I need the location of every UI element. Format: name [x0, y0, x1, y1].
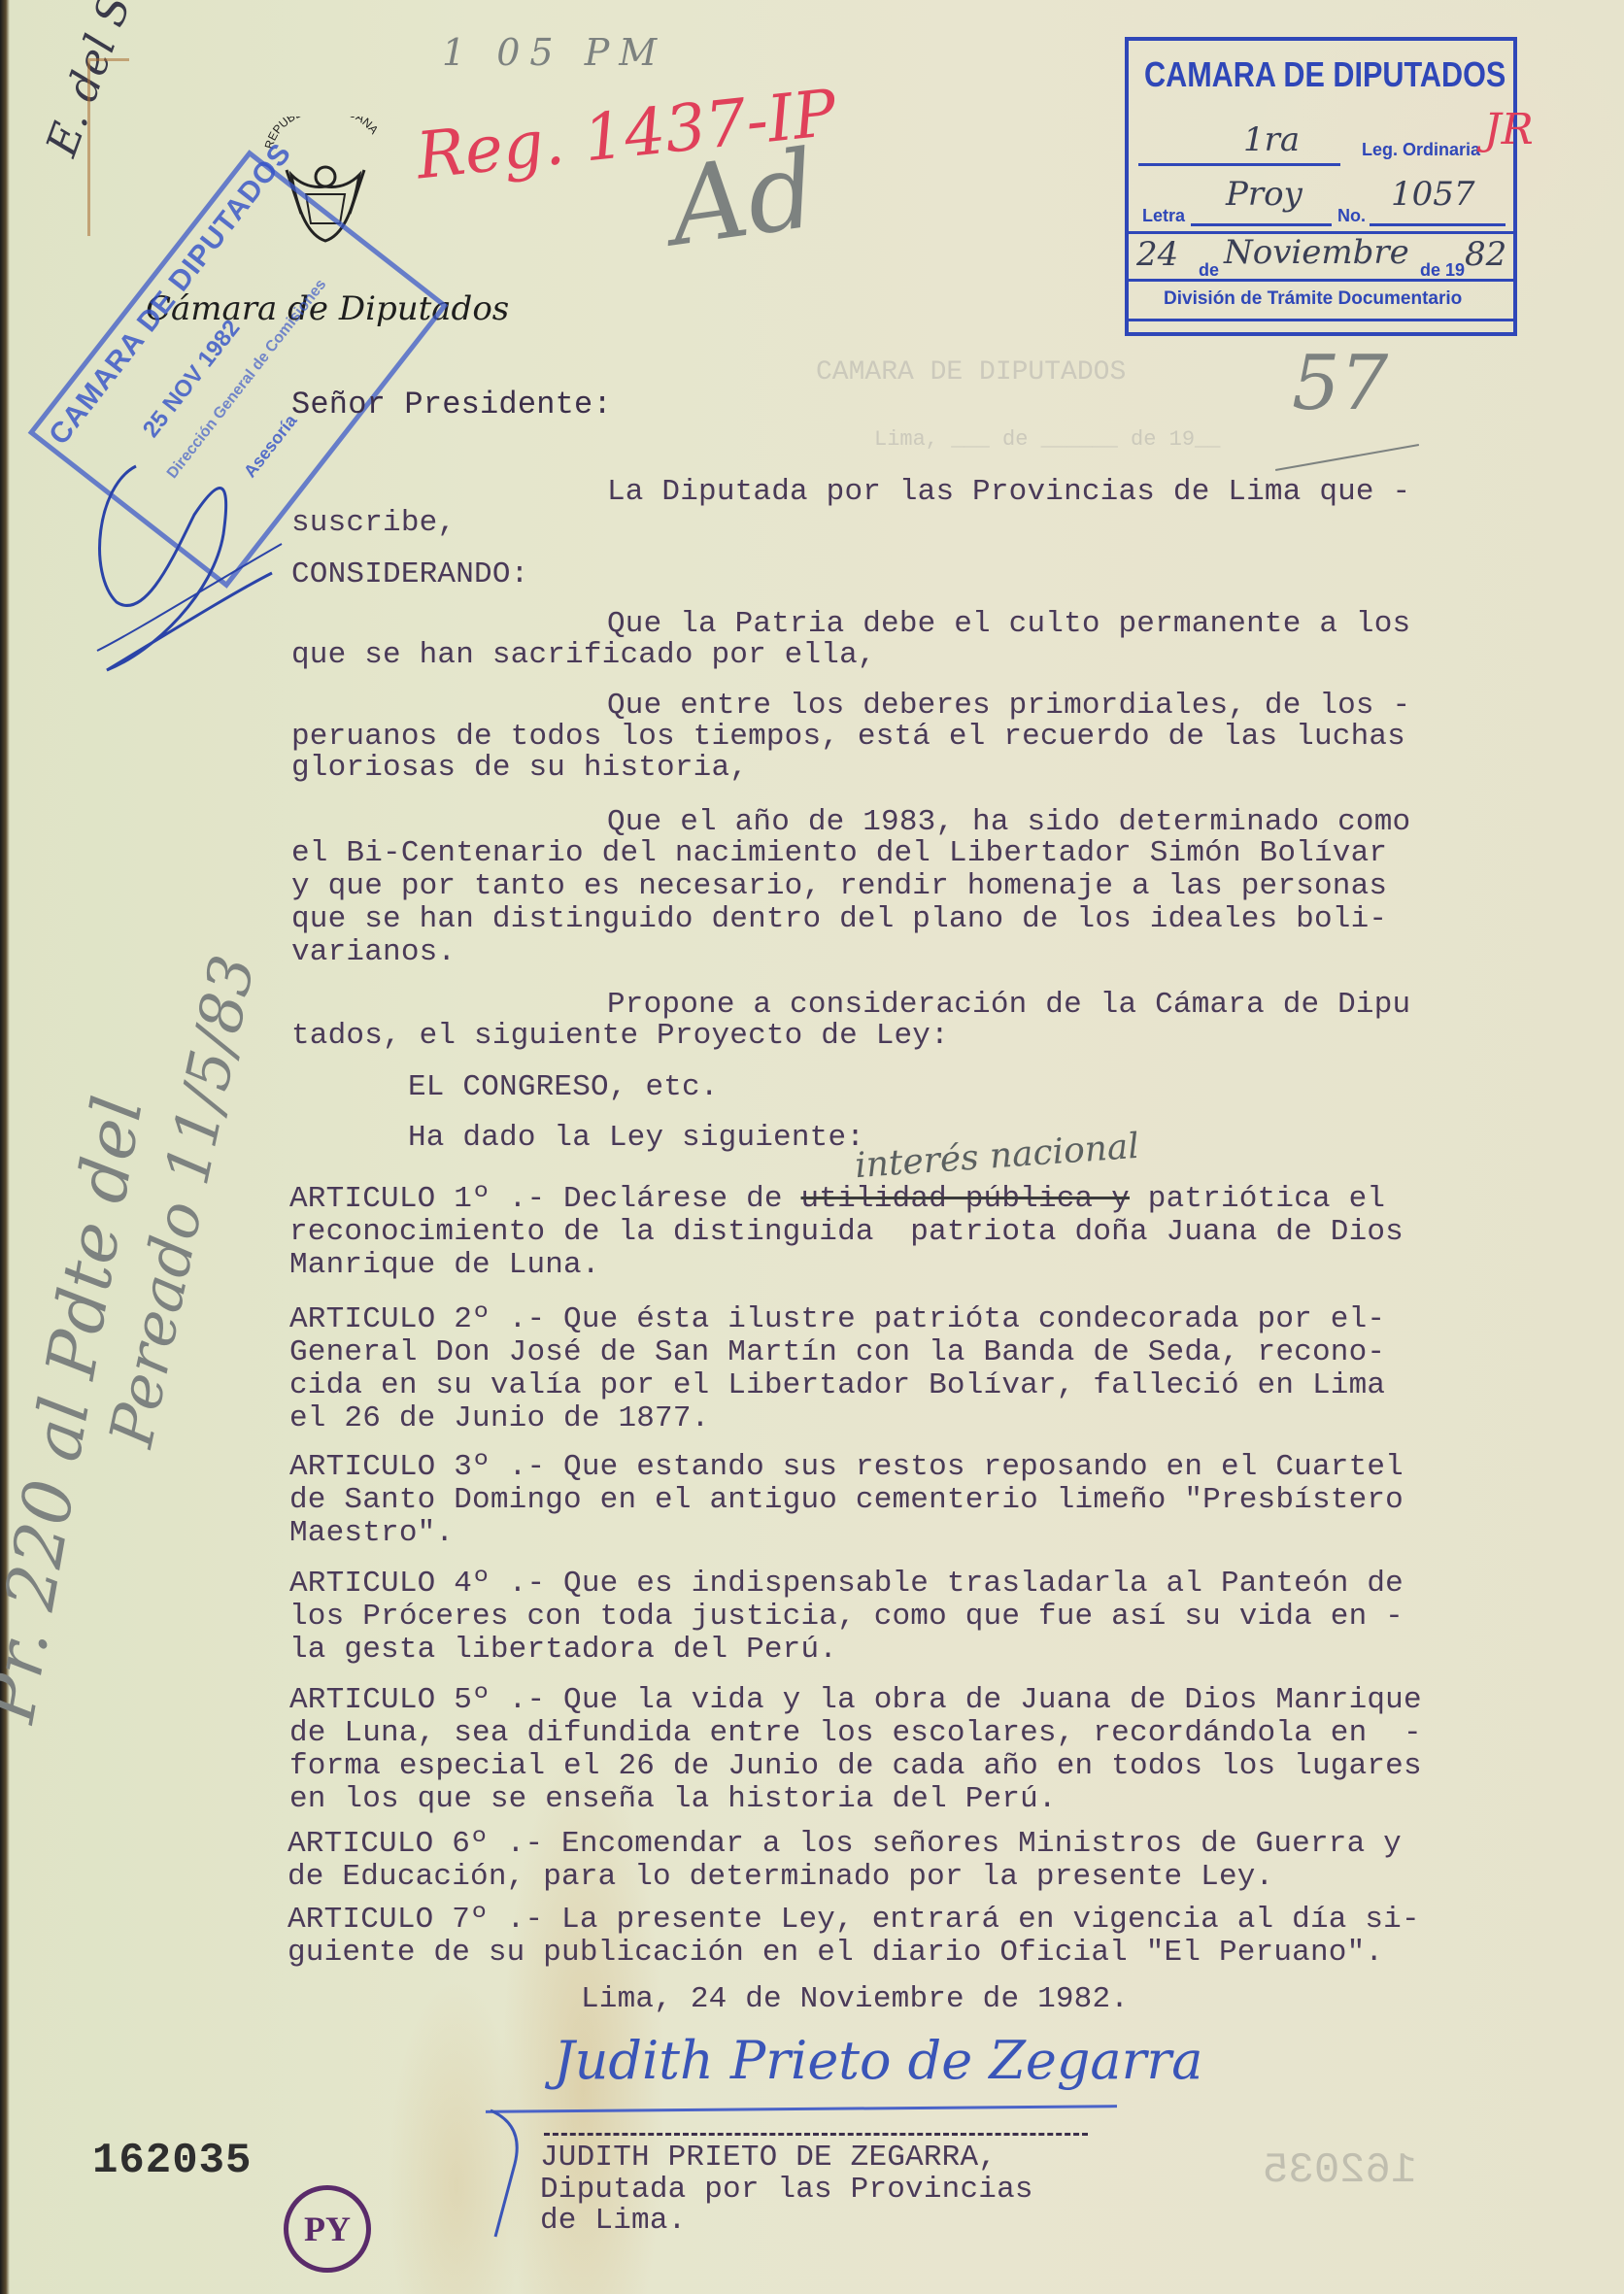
bleedthrough-text: Lima, ___ de ______ de 19__ [874, 427, 1220, 452]
de-label: de [1199, 260, 1219, 281]
reception-stamp: CAMARA DE DIPUTADOS 1ra Leg. Ordinaria L… [1125, 37, 1517, 336]
letra-label: Letra [1142, 206, 1185, 226]
articulo-1-line: Manrique de Luna. [289, 1249, 600, 1282]
articulo-2-line: General Don José de San Martín con la Ba… [289, 1336, 1385, 1369]
signer-title: Diputada por las Provincias [540, 2174, 1033, 2207]
numero-label: No. [1337, 206, 1366, 226]
considerando-3-line: varianos. [291, 936, 456, 969]
articulo-7-line: guiente de su publicación en el diario O… [288, 1937, 1383, 1970]
month-value: Noviembre [1224, 233, 1409, 272]
official-signature [78, 427, 291, 680]
propone-line: Propone a consideración de la Cámara de … [607, 989, 1410, 1022]
place-date: Lima, 24 de Noviembre de 1982. [581, 1983, 1129, 2016]
considerando-1-line: que se han sacrificado por ella, [291, 639, 876, 672]
articulo-1-line: reconocimiento de la distinguida patriot… [289, 1216, 1404, 1249]
considerando-3-line: y que por tanto es necesario, rendir hom… [291, 870, 1387, 903]
articulo-5-line: en los que se enseña la historia del Per… [289, 1783, 1057, 1816]
page-number: 57 [1292, 340, 1388, 427]
year-label: de 19 [1420, 260, 1465, 281]
considerando-2-line: peruanos de todos los tiempos, está el r… [291, 721, 1405, 754]
articulo-5-line: forma especial el 26 de Junio de cada añ… [289, 1750, 1422, 1783]
articulo-7: ARTICULO 7º .- La presente Ley, entrará … [288, 1904, 1420, 1937]
handwritten-signature: Judith Prieto de Zegarra [554, 2030, 1202, 2091]
propone-line: tados, el siguiente Proyecto de Ley: [291, 1020, 949, 1053]
articulo-5: ARTICULO 5º .- Que la vida y la obra de … [289, 1684, 1422, 1717]
legislature-label: Leg. Ordinaria [1362, 140, 1480, 160]
py-circle-stamp: PY [284, 2185, 371, 2273]
numero-value: 1057 [1391, 175, 1475, 214]
congreso-line: EL CONGRESO, etc. [408, 1071, 719, 1104]
struck-text: utilidad pública y [801, 1182, 1130, 1216]
staple-mark [87, 58, 129, 236]
articulo-3-line: Maestro". [289, 1517, 454, 1550]
intro-line: suscribe, [291, 507, 456, 540]
articulo-3: ARTICULO 3º .- Que estando sus restos re… [289, 1451, 1404, 1484]
letra-value: Proy [1226, 175, 1303, 214]
signer-title: de Lima. [540, 2205, 686, 2238]
ha-dado-line: Ha dado la Ley siguiente: [408, 1122, 864, 1155]
legislature-value: 1ra [1243, 120, 1300, 159]
considerando-heading: CONSIDERANDO: [291, 558, 528, 591]
day-value: 24 [1136, 235, 1178, 274]
stamp-title: CAMARA DE DIPUTADOS [1144, 54, 1506, 95]
document-number: 162035 [92, 2137, 252, 2185]
articulo-4: ARTICULO 4º .- Que es indispensable tras… [289, 1568, 1404, 1601]
considerando-3: Que el año de 1983, ha sido determinado … [607, 806, 1410, 839]
considerando-3-line: el Bi-Centenario del nacimiento del Libe… [291, 837, 1387, 870]
scan-edge [0, 0, 10, 2294]
signature-line [486, 2105, 1117, 2113]
intro-line: La Diputada por las Provincias de Lima q… [607, 476, 1410, 509]
considerando-1: Que la Patria debe el culto permanente a… [607, 608, 1410, 641]
year-value: 82 [1465, 235, 1506, 274]
handwritten-insertion: interés nacional [854, 1127, 1140, 1186]
articulo-6-line: de Educación, para lo determinado por la… [288, 1861, 1273, 1894]
articulo-2-line: el 26 de Junio de 1877. [289, 1402, 709, 1435]
red-initials: JR [1484, 105, 1534, 154]
time-annotation: 1 05 PM [442, 31, 666, 74]
considerando-2-line: gloriosas de su historia, [291, 752, 748, 785]
considerando-2: Que entre los deberes primordiales, de l… [607, 690, 1410, 723]
document-page: CAMARA DE DIPUTADOS Lima, ___ de ______ … [0, 0, 1624, 2294]
considerando-3-line: que se han distinguido dentro del plano … [291, 903, 1387, 936]
articulo-4-line: los Próceres con toda justicia, como que… [289, 1601, 1404, 1634]
articulo-6: ARTICULO 6º .- Encomendar a los señores … [288, 1828, 1402, 1861]
dashed-signature-line [544, 2133, 1088, 2136]
articulo-2-line: cida en su valía por el Libertador Bolív… [289, 1369, 1385, 1402]
signature-flourish [486, 2106, 544, 2242]
bleedthrough-text: CAMARA DE DIPUTADOS [816, 357, 1126, 388]
articulo-5-line: de Luna, sea difundida entre los escolar… [289, 1717, 1422, 1750]
articulo-4-line: la gesta libertadora del Perú. [289, 1634, 837, 1667]
articulo-1: ARTICULO 1º .- Declárese de utilidad púb… [289, 1183, 1385, 1216]
articulo-3-line: de Santo Domingo en el antiguo cementeri… [289, 1484, 1404, 1517]
document-number-bleedthrough: 162035 [1263, 2146, 1416, 2195]
signer-name: JUDITH PRIETO DE ZEGARRA, [540, 2142, 997, 2175]
articulo-2: ARTICULO 2º .- Que ésta ilustre patrióta… [289, 1303, 1385, 1336]
stamp-footer: División de Trámite Documentario [1164, 288, 1462, 310]
salutation: Señor Presidente: [291, 388, 612, 422]
pencil-underline [1275, 444, 1419, 471]
pencil-initials: Ad [662, 126, 824, 270]
